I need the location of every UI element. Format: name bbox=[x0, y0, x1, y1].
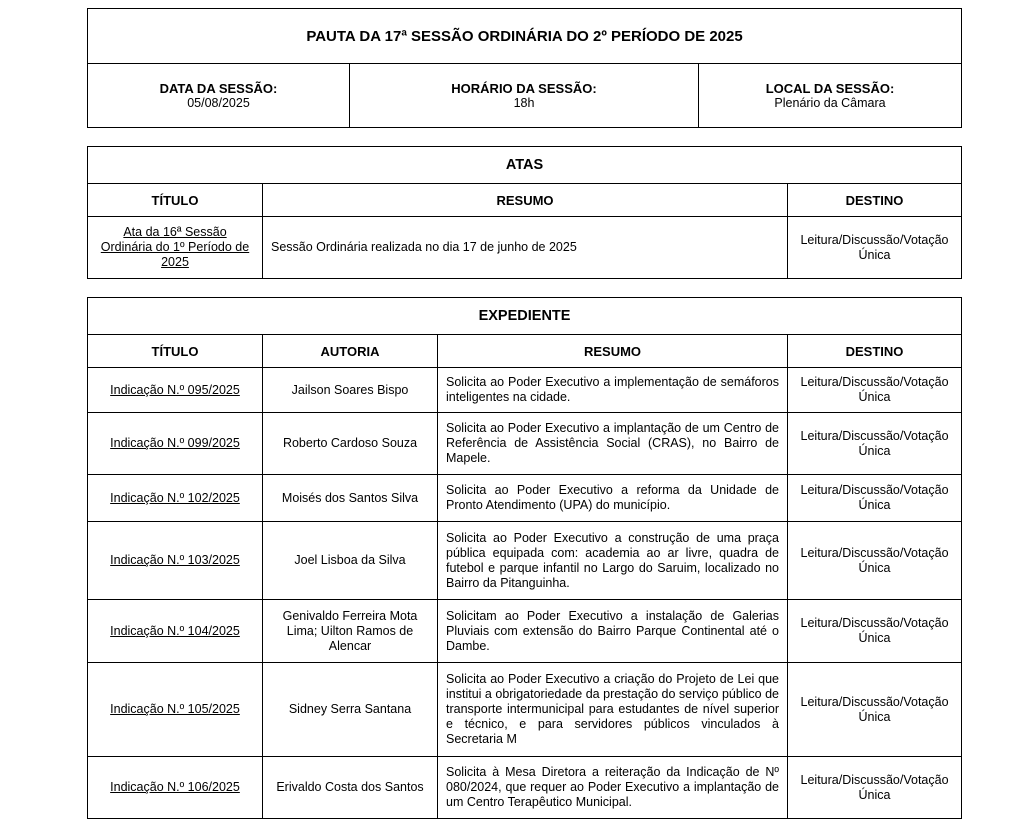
atas-col-titulo: TÍTULO bbox=[88, 184, 263, 217]
ata-resumo: Sessão Ordinária realizada no dia 17 de … bbox=[263, 217, 788, 279]
exp-col-titulo: TÍTULO bbox=[88, 335, 263, 368]
table-row: Indicação N.º 099/2025Roberto Cardoso So… bbox=[88, 413, 962, 475]
indicacao-resumo: Solicita ao Poder Executivo a reforma da… bbox=[438, 475, 788, 522]
session-date: DATA DA SESSÃO: 05/08/2025 bbox=[88, 64, 350, 128]
ata-title-link[interactable]: Ata da 16ª Sessão Ordinária do 1º Períod… bbox=[101, 225, 249, 269]
session-date-value: 05/08/2025 bbox=[96, 96, 341, 111]
indicacao-destino: Leitura/Discussão/Votação Única bbox=[788, 600, 962, 663]
indicacao-title-link[interactable]: Indicação N.º 095/2025 bbox=[110, 383, 240, 397]
indicacao-resumo: Solicitam ao Poder Executivo a instalaçã… bbox=[438, 600, 788, 663]
indicacao-autoria: Roberto Cardoso Souza bbox=[263, 413, 438, 475]
expediente-table: EXPEDIENTE TÍTULO AUTORIA RESUMO DESTINO… bbox=[87, 297, 962, 819]
indicacao-title-link[interactable]: Indicação N.º 102/2025 bbox=[110, 491, 240, 505]
table-row: Indicação N.º 106/2025Erivaldo Costa dos… bbox=[88, 757, 962, 819]
table-row: Indicação N.º 095/2025Jailson Soares Bis… bbox=[88, 368, 962, 413]
exp-col-autoria: AUTORIA bbox=[263, 335, 438, 368]
table-row: Indicação N.º 105/2025Sidney Serra Santa… bbox=[88, 663, 962, 757]
indicacao-destino: Leitura/Discussão/Votação Única bbox=[788, 522, 962, 600]
table-row: Indicação N.º 104/2025Genivaldo Ferreira… bbox=[88, 600, 962, 663]
table-row: Ata da 16ª Sessão Ordinária do 1º Períod… bbox=[88, 217, 962, 279]
session-time-value: 18h bbox=[358, 96, 690, 111]
indicacao-destino: Leitura/Discussão/Votação Única bbox=[788, 757, 962, 819]
indicacao-resumo: Solicita ao Poder Executivo a criação do… bbox=[438, 663, 788, 757]
indicacao-autoria: Moisés dos Santos Silva bbox=[263, 475, 438, 522]
indicacao-resumo: Solicita ao Poder Executivo a implementa… bbox=[438, 368, 788, 413]
indicacao-autoria: Erivaldo Costa dos Santos bbox=[263, 757, 438, 819]
session-time-label: HORÁRIO DA SESSÃO: bbox=[358, 81, 690, 96]
indicacao-resumo: Solicita à Mesa Diretora a reiteração da… bbox=[438, 757, 788, 819]
exp-col-destino: DESTINO bbox=[788, 335, 962, 368]
indicacao-resumo: Solicita ao Poder Executivo a construção… bbox=[438, 522, 788, 600]
indicacao-title-link[interactable]: Indicação N.º 105/2025 bbox=[110, 702, 240, 716]
indicacao-destino: Leitura/Discussão/Votação Única bbox=[788, 475, 962, 522]
session-time: HORÁRIO DA SESSÃO: 18h bbox=[350, 64, 699, 128]
ata-destino: Leitura/Discussão/Votação Única bbox=[788, 217, 962, 279]
session-location-value: Plenário da Câmara bbox=[707, 96, 953, 111]
indicacao-destino: Leitura/Discussão/Votação Única bbox=[788, 413, 962, 475]
indicacao-autoria: Sidney Serra Santana bbox=[263, 663, 438, 757]
exp-col-resumo: RESUMO bbox=[438, 335, 788, 368]
atas-col-resumo: RESUMO bbox=[263, 184, 788, 217]
indicacao-title-link[interactable]: Indicação N.º 099/2025 bbox=[110, 436, 240, 450]
table-row: Indicação N.º 103/2025Joel Lisboa da Sil… bbox=[88, 522, 962, 600]
session-location: LOCAL DA SESSÃO: Plenário da Câmara bbox=[699, 64, 962, 128]
atas-section-title: ATAS bbox=[88, 147, 962, 184]
table-row: Indicação N.º 102/2025Moisés dos Santos … bbox=[88, 475, 962, 522]
atas-col-destino: DESTINO bbox=[788, 184, 962, 217]
indicacao-resumo: Solicita ao Poder Executivo a implantaçã… bbox=[438, 413, 788, 475]
session-date-label: DATA DA SESSÃO: bbox=[96, 81, 341, 96]
agenda-title: PAUTA DA 17ª SESSÃO ORDINÁRIA DO 2º PERÍ… bbox=[88, 9, 962, 64]
indicacao-autoria: Jailson Soares Bispo bbox=[263, 368, 438, 413]
expediente-section-title: EXPEDIENTE bbox=[88, 298, 962, 335]
session-header-table: PAUTA DA 17ª SESSÃO ORDINÁRIA DO 2º PERÍ… bbox=[87, 8, 962, 128]
indicacao-title-link[interactable]: Indicação N.º 104/2025 bbox=[110, 624, 240, 638]
indicacao-title-link[interactable]: Indicação N.º 103/2025 bbox=[110, 553, 240, 567]
atas-table: ATAS TÍTULO RESUMO DESTINO Ata da 16ª Se… bbox=[87, 146, 962, 279]
indicacao-autoria: Joel Lisboa da Silva bbox=[263, 522, 438, 600]
indicacao-autoria: Genivaldo Ferreira Mota Lima; Uilton Ram… bbox=[263, 600, 438, 663]
indicacao-destino: Leitura/Discussão/Votação Única bbox=[788, 368, 962, 413]
indicacao-title-link[interactable]: Indicação N.º 106/2025 bbox=[110, 780, 240, 794]
session-location-label: LOCAL DA SESSÃO: bbox=[707, 81, 953, 96]
indicacao-destino: Leitura/Discussão/Votação Única bbox=[788, 663, 962, 757]
